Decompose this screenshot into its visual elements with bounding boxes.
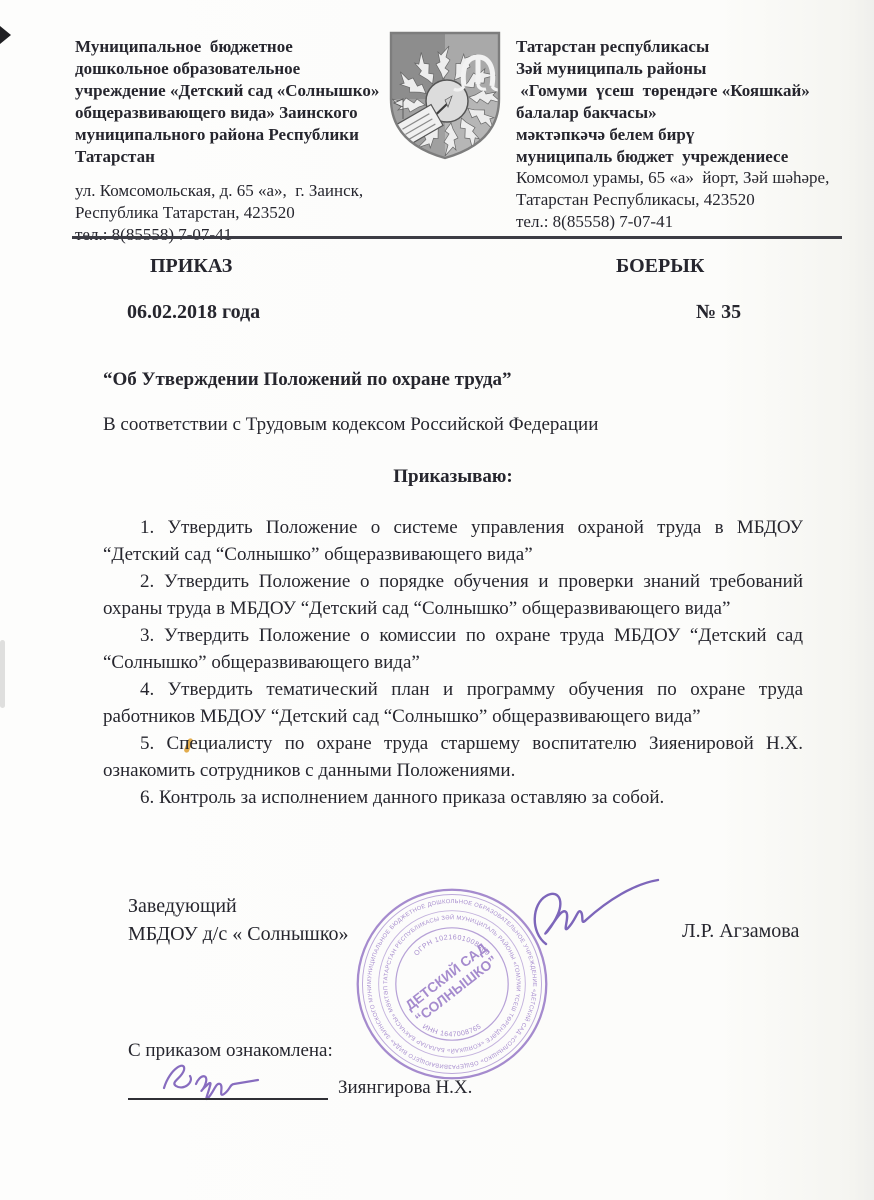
org-name-russian: Муниципальное бюджетное дошкольное образ… [75,36,383,168]
org-name-line: Татарстан республикасы [516,36,851,58]
org-name-line: Татарстан [75,146,383,168]
acknowledged-by-name: Зиянгирова Н.Х. [338,1077,472,1100]
scanned-order-document: Муниципальное бюджетное дошкольное образ… [0,0,874,1200]
order-item: 6. Контроль за исполнением данного прика… [103,784,803,811]
signer-position-line: МБДОУ д/с « Солнышко» [128,920,349,948]
order-number: № 35 [696,301,741,324]
address-line: тел.: 8(85558) 7-07-41 [516,211,829,233]
address-line: Татарстан Республикасы, 423520 [516,189,829,211]
org-name-line: мәктәпкәчә белем бирү [516,124,851,146]
order-item: 2. Утвердить Положение о порядке обучени… [103,568,803,622]
org-name-line: муниципаль бюджет учреждениесе [516,146,851,168]
signer-name: Л.Р. Агзамова [682,920,799,943]
address-tatar: Комсомол урамы, 65 «а» йорт, Зәй шәһәре,… [516,167,829,233]
org-name-line: балалар бакчасы» [516,102,851,124]
order-item: 4. Утвердить тематический план и програм… [103,676,803,730]
order-item: 1. Утвердить Положение о системе управле… [103,514,803,568]
address-line: тел.: 8(85558) 7-07-41 [75,224,363,246]
signer-position: Заведующий МБДОУ д/с « Солнышко» [128,892,349,948]
scan-artifact-smudge [0,640,5,708]
address-line: Республика Татарстан, 423520 [75,202,363,224]
signer-position-line: Заведующий [128,892,349,920]
order-items-list: 1. Утвердить Положение о системе управле… [103,514,803,811]
org-name-line: «Гомуми үсеш төрендәге «Кояшкай» [516,80,851,102]
signature-line [128,1074,328,1100]
order-intro: В соответствии с Трудовым кодексом Росси… [103,411,803,438]
order-date: 06.02.2018 года [127,301,260,324]
order-body: “Об Утверждении Положений по охране труд… [103,366,803,811]
letterhead-divider-rule [72,236,842,239]
coat-of-arms-emblem [385,27,505,167]
acknowledgement-row: Зиянгирова Н.Х. [128,1074,472,1100]
org-name-line: дошкольное образовательное [75,58,383,80]
shield-sun-icon [385,27,505,162]
director-signature-stroke [518,874,668,964]
order-item: 5. Специалисту по охране труда старшему … [103,730,803,784]
org-name-line: Муниципальное бюджетное [75,36,383,58]
org-name-tatar: Татарстан республикасы Зәй муниципаль ра… [516,36,851,168]
order-item: 3. Утвердить Положение о комиссии по охр… [103,622,803,676]
scan-artifact-corner [0,26,11,44]
org-name-line: учреждение «Детский сад «Солнышко» [75,80,383,102]
org-name-line: общеразвивающего вида» Заинского [75,102,383,124]
order-heading-russian: ПРИКАЗ [150,255,232,278]
org-name-line: муниципального района Республики [75,124,383,146]
order-subject: “Об Утверждении Положений по охране труд… [103,366,803,393]
order-heading-tatar: БОЕРЫК [616,255,704,278]
org-name-line: Зәй муниципаль районы [516,58,851,80]
order-directive: Приказываю: [103,463,803,490]
address-line: Комсомол урамы, 65 «а» йорт, Зәй шәһәре, [516,167,829,189]
address-line: ул. Комсомольская, д. 65 «а», г. Заинск, [75,180,363,202]
